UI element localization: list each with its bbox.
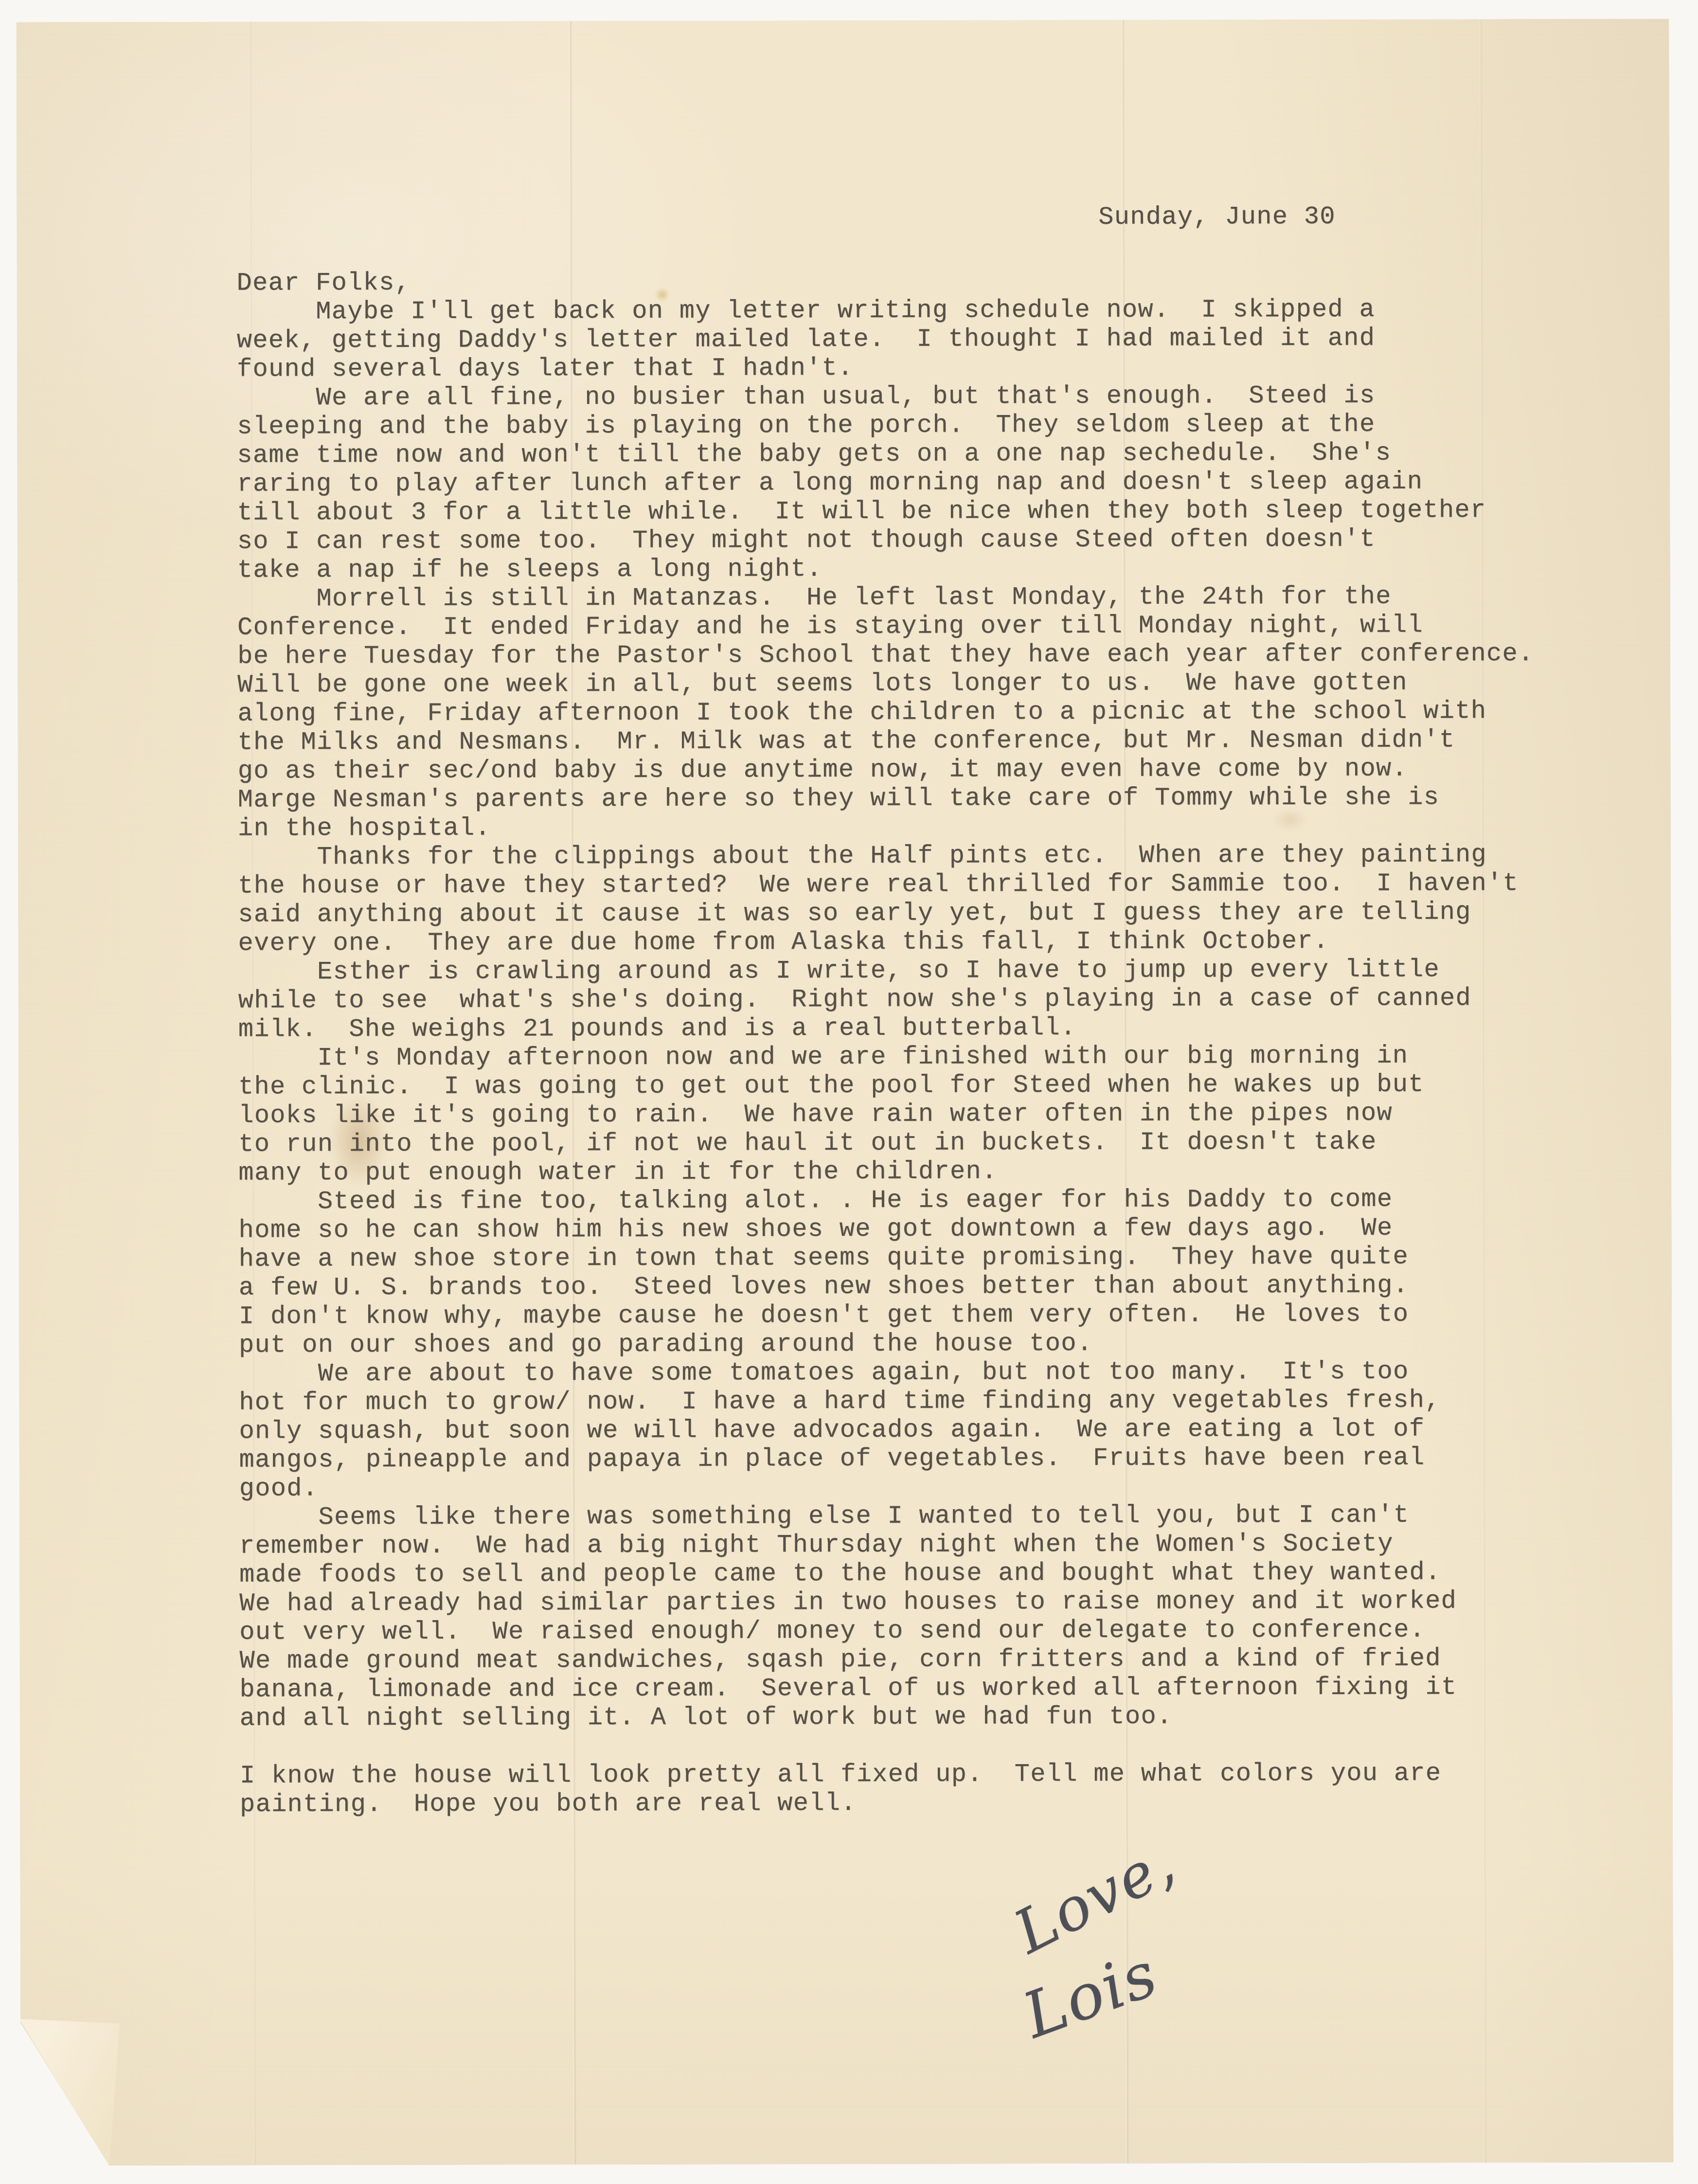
paragraph-6: It's Monday afternoon now and we are fin…: [238, 1041, 1535, 1188]
letter-body: Dear Folks, Maybe I'll get back on my le…: [236, 266, 1536, 1819]
paragraph-2: We are all fine, no busier than usual, b…: [237, 381, 1534, 585]
paragraph-7: Steed is fine too, talking alot. . He is…: [238, 1185, 1535, 1360]
paragraph-4: Thanks for the clippings about the Half …: [238, 840, 1535, 958]
paragraph-9: Seems like there was something else I wa…: [239, 1500, 1536, 1733]
paragraph-10: I know the house will look pretty all fi…: [240, 1759, 1537, 1819]
paragraph-1: Maybe I'll get back on my letter writing…: [237, 295, 1534, 384]
paragraph-3: Morrell is still in Matanzas. He left la…: [237, 582, 1535, 843]
paragraph-8: We are about to have some tomatoes again…: [239, 1357, 1536, 1503]
valediction-handwritten: Love,: [1003, 1828, 1186, 1967]
salutation: Dear Folks,: [236, 266, 1533, 298]
folded-corner: [18, 2016, 142, 2168]
scan-background: { "colors": { "scan_background": "#f8f7f…: [0, 0, 1698, 2184]
paragraph-5: Esther is crawling around as I write, so…: [238, 955, 1535, 1044]
letter-paper: Sunday, June 30 Dear Folks, Maybe I'll g…: [16, 18, 1673, 2166]
letter-date: Sunday, June 30: [1098, 202, 1336, 232]
